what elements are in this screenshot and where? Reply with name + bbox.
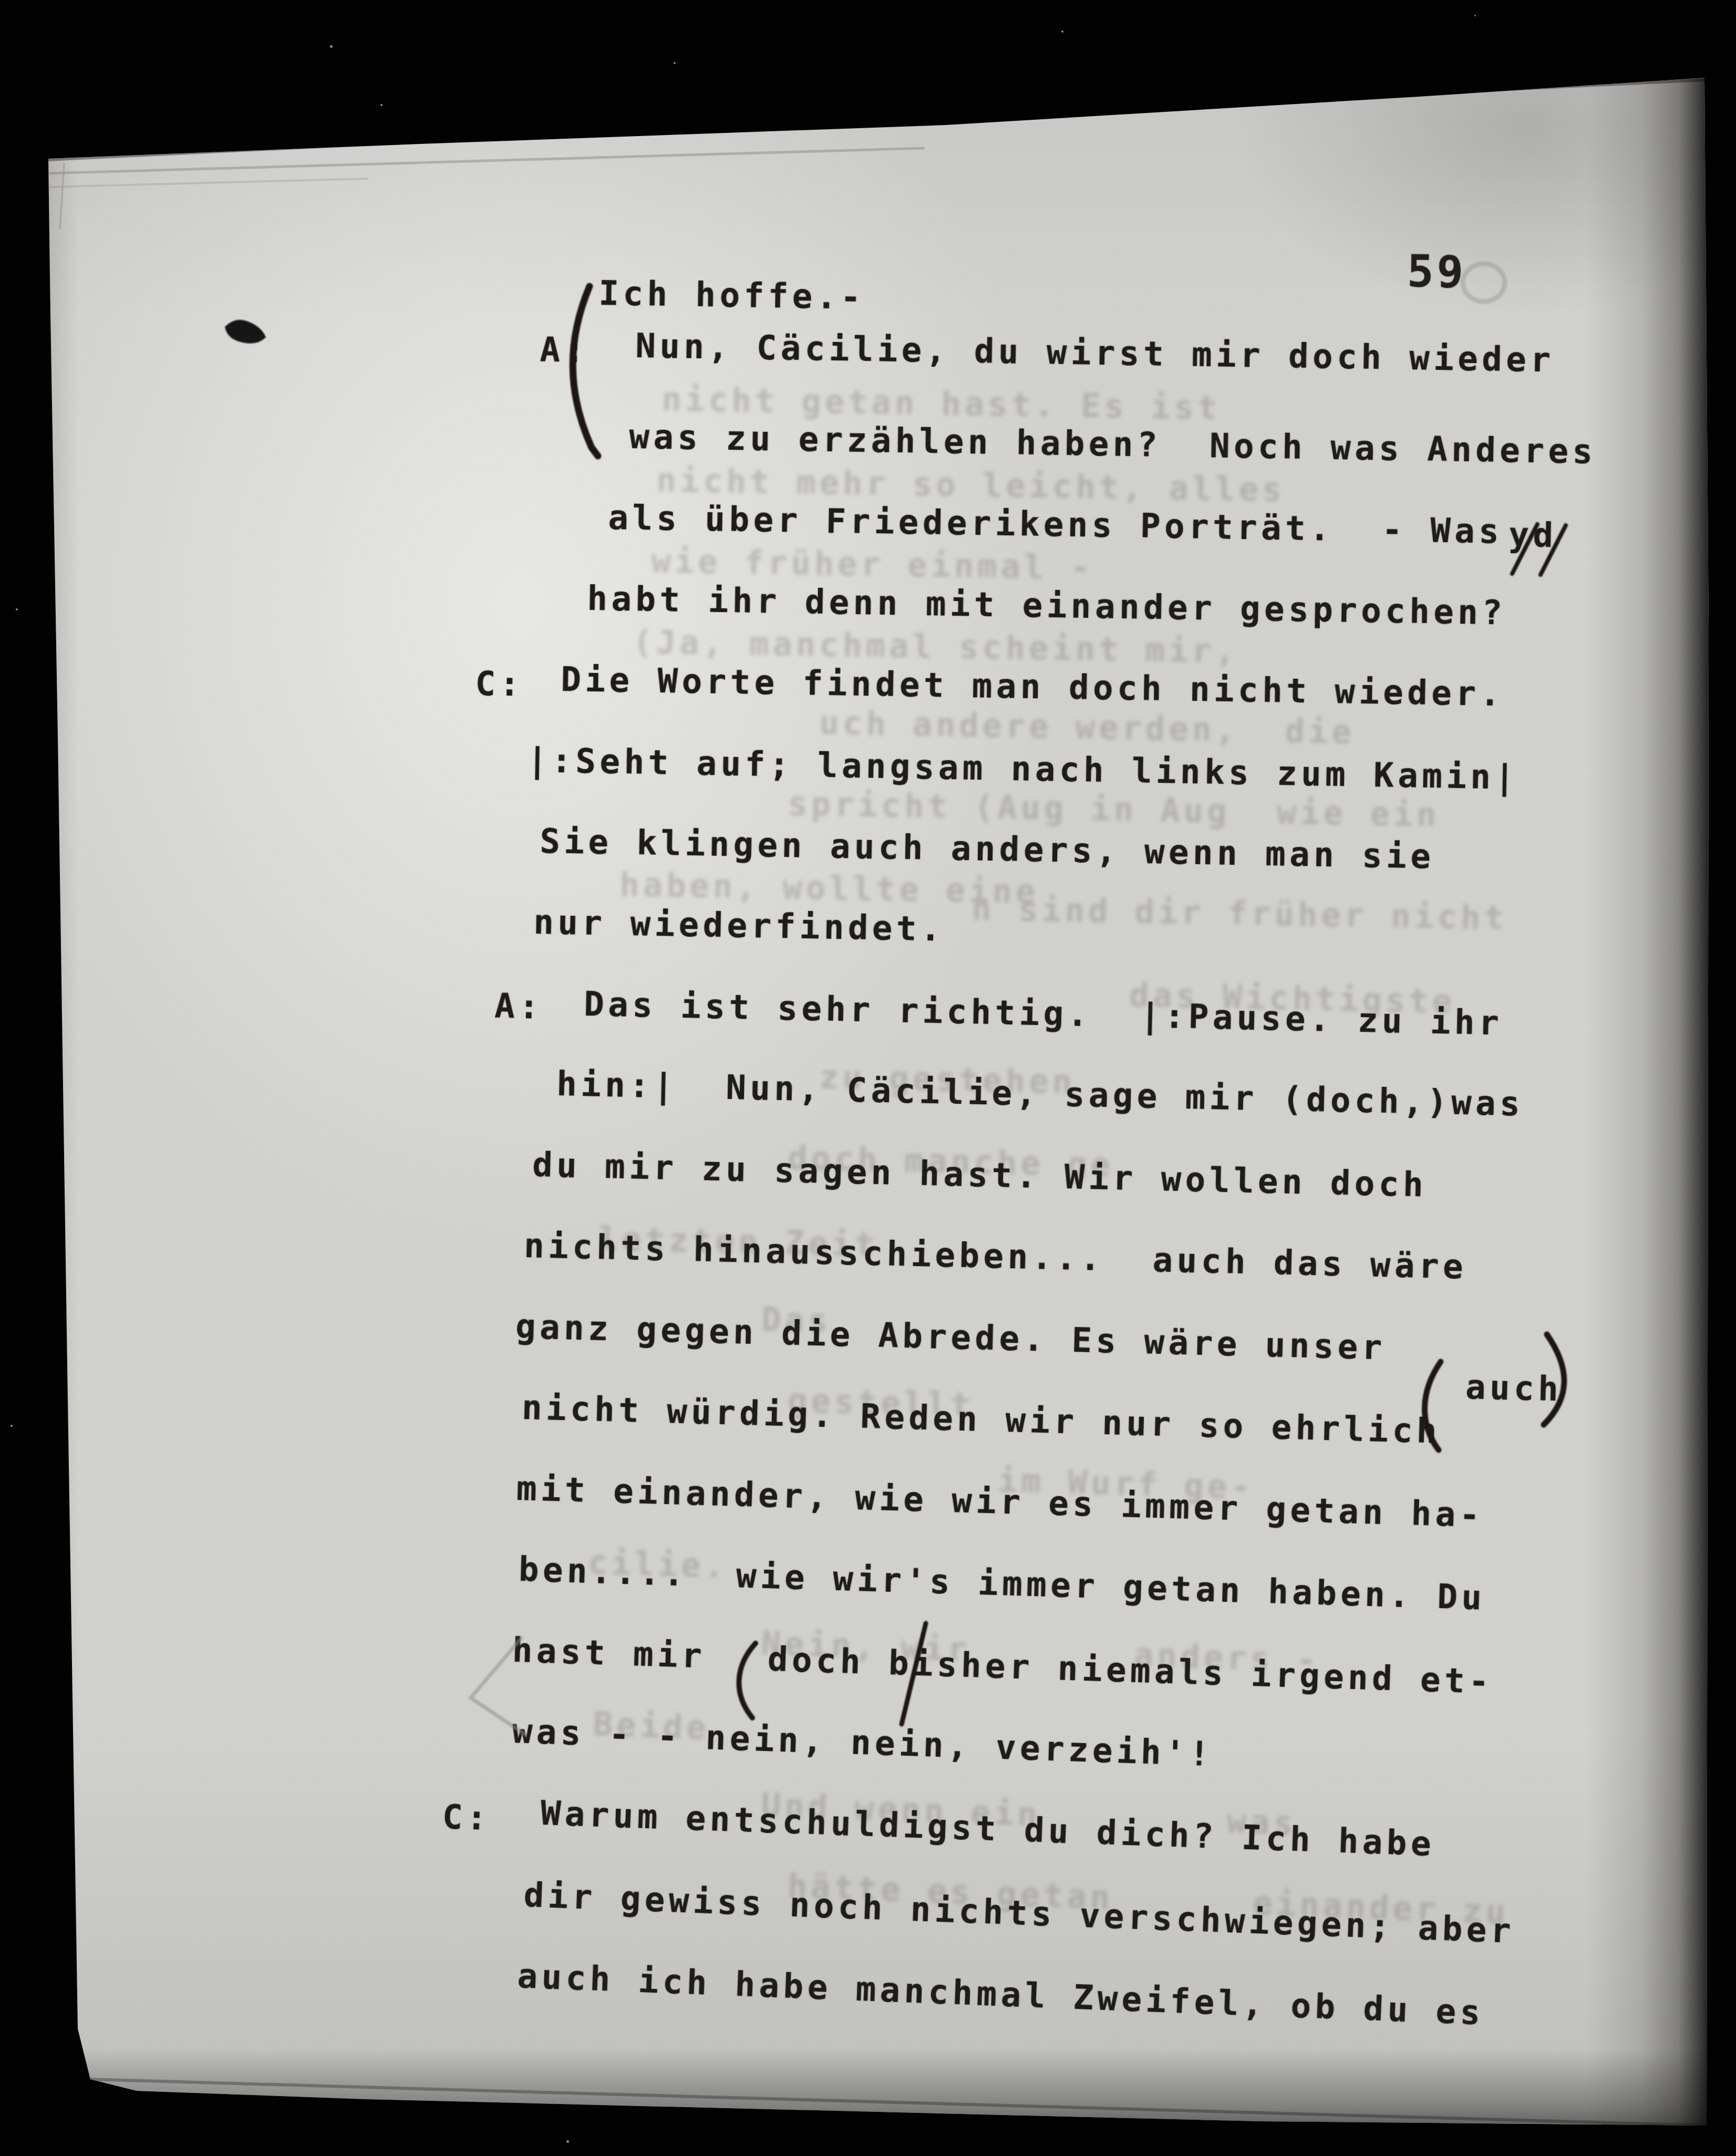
sheet-edge-line <box>60 163 64 229</box>
typed-line: was - - nein, nein, verzeih'! <box>512 1715 1214 1771</box>
bleed-through-line: n sind dir früher nicht <box>972 893 1507 935</box>
paper-bottom-edge-shadow <box>90 2079 1707 2126</box>
speaker-label: C: <box>442 1800 491 1836</box>
bleed-through-line: (Ja, manchmal scheint mir, <box>633 626 1238 668</box>
dust-speck <box>330 45 333 48</box>
typed-line: du mir zu sagen hast. Wir wollen doch <box>532 1148 1428 1203</box>
ink-blob-mark <box>225 320 266 344</box>
dust-speck <box>1061 30 1063 33</box>
typed-line: doch bisher niemals irgend et- <box>767 1643 1493 1699</box>
typed-line: nicht würdig. Reden wir nur so ehrlich <box>521 1391 1441 1449</box>
speaker-label: A: <box>540 334 588 368</box>
typed-line: Die Worte findet man doch nicht wieder. <box>561 663 1504 711</box>
doch-paren-mark <box>739 1643 756 1718</box>
bleed-through-line: uch andere werden, die <box>819 707 1355 749</box>
typed-line: habt ihr denn mit einander gesprochen? <box>587 582 1506 630</box>
typed-line: auch <box>1465 1371 1563 1406</box>
scan-photograph: nicht getan hast. Es istnicht mehr so le… <box>0 0 1736 2156</box>
page-edge-shadow-left <box>0 0 79 2156</box>
typed-line: Nun, Cäcilie, du wirst mir doch wieder <box>635 329 1555 377</box>
speaker-label: A: <box>494 990 543 1024</box>
speaker-label: C: <box>475 667 524 701</box>
page-edge-shadow-bottom <box>0 2049 1736 2156</box>
manuscript-page: nicht getan hast. Es istnicht mehr so le… <box>0 0 1736 2156</box>
dust-speck <box>380 104 383 106</box>
ink-bracket-mark <box>573 286 598 456</box>
typed-line: Ich hoffe.- <box>598 277 865 315</box>
sheet-edge-line <box>48 179 368 187</box>
bleed-through-line: nicht mehr so leicht, alles <box>656 464 1286 506</box>
dust-speck <box>674 62 676 64</box>
typed-line: nichts hinausschieben... auch das wäre <box>524 1229 1468 1284</box>
page-number: 59 <box>1407 245 1466 297</box>
bleed-through-line: nicht getan hast. Es ist <box>662 383 1221 424</box>
typed-line: |:Seht auf; langsam nach links zum Kamin… <box>527 744 1519 795</box>
dust-speck <box>16 608 18 610</box>
typed-line: als über Friederikens Porträt. - Was <box>608 501 1503 549</box>
dust-speck <box>1474 15 1476 16</box>
typed-line: ganz gegen die Abrede. Es wäre unser <box>515 1310 1386 1365</box>
typed-line: auch ich habe manchmal Zweifel, ob du es <box>517 1960 1485 2030</box>
typed-line: was zu erzählen haben? Noch was Anderes <box>629 420 1597 469</box>
bleed-through-line: wie früher einmal - <box>651 545 1094 584</box>
ring-smudge-mark <box>1463 264 1505 302</box>
dust-speck <box>11 1425 13 1427</box>
typed-line: ben.... wie wir's immer getan haben. Du <box>518 1553 1486 1615</box>
typed-line: nur wiederfindet. <box>533 906 945 947</box>
typed-line: yd <box>1508 519 1557 553</box>
sheet-edge-line <box>48 148 925 173</box>
paper-top-edge-shadow <box>48 80 1704 160</box>
dust-speck <box>566 2140 569 2143</box>
typed-line: hin:| Nun, Cäcilie, sage mir (doch,)was <box>556 1067 1524 1122</box>
page-edge-shadow-right <box>1587 0 1709 2156</box>
typed-line: hast mir <box>512 1634 706 1674</box>
